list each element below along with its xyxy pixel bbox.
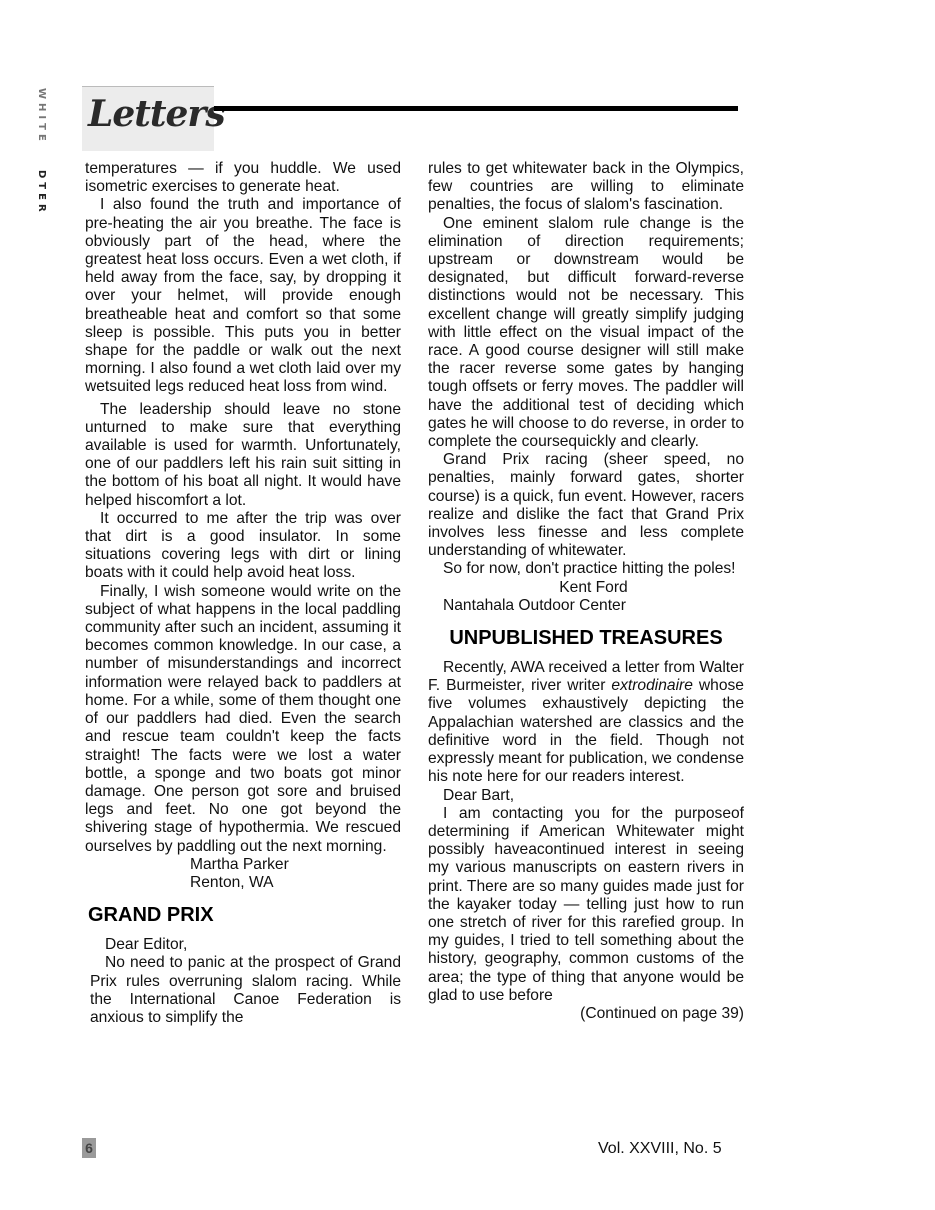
paragraph-letter: I am contacting you for the purposeof de… bbox=[428, 805, 744, 1005]
paragraph: One eminent slalom rule change is the el… bbox=[428, 215, 744, 452]
paragraph-intro: Recently, AWA received a letter from Wal… bbox=[428, 659, 744, 786]
continued-link: (Continued on page 39) bbox=[428, 1005, 744, 1023]
paragraph: I also found the truth and importance of… bbox=[85, 196, 401, 396]
paragraph: temperatures — if you huddle. We used is… bbox=[85, 160, 401, 196]
paragraph: No need to panic at the prospect of Gran… bbox=[85, 954, 401, 1027]
paragraph: Grand Prix racing (sheer speed, no penal… bbox=[428, 451, 744, 560]
signature-name: Kent Ford bbox=[428, 579, 744, 597]
masthead-rule bbox=[214, 106, 738, 111]
paragraph: It occurred to me after the trip was ove… bbox=[85, 510, 401, 583]
vertical-label-white: WHITE bbox=[36, 88, 47, 145]
section-heading-grand-prix: GRAND PRIX bbox=[88, 904, 401, 926]
masthead-title: Letters bbox=[88, 93, 225, 135]
signature-org: Nantahala Outdoor Center bbox=[428, 597, 744, 615]
section-heading-unpublished-treasures: UNPUBLISHED TREASURES bbox=[428, 627, 744, 649]
left-column: temperatures — if you huddle. We used is… bbox=[85, 160, 401, 1027]
page-number: 6 bbox=[82, 1138, 96, 1158]
right-column: rules to get whitewater back in the Olym… bbox=[428, 160, 744, 1023]
signature-name: Martha Parker bbox=[85, 856, 401, 874]
intro-italic-text: extrodinaire bbox=[611, 677, 692, 694]
paragraph: Finally, I wish someone would write on t… bbox=[85, 583, 401, 856]
salutation: Dear Bart, bbox=[428, 787, 744, 805]
paragraph: rules to get whitewater back in the Olym… bbox=[428, 160, 744, 215]
salutation: Dear Editor, bbox=[85, 936, 401, 954]
signature-location: Renton, WA bbox=[85, 874, 401, 892]
paragraph: So for now, don't practice hitting the p… bbox=[428, 560, 744, 578]
paragraph: The leadership should leave no stone unt… bbox=[85, 401, 401, 510]
vertical-label-water: DTER bbox=[36, 170, 47, 216]
issue-label: Vol. XXVIII, No. 5 bbox=[598, 1140, 722, 1158]
section-masthead: Letters bbox=[82, 86, 214, 151]
